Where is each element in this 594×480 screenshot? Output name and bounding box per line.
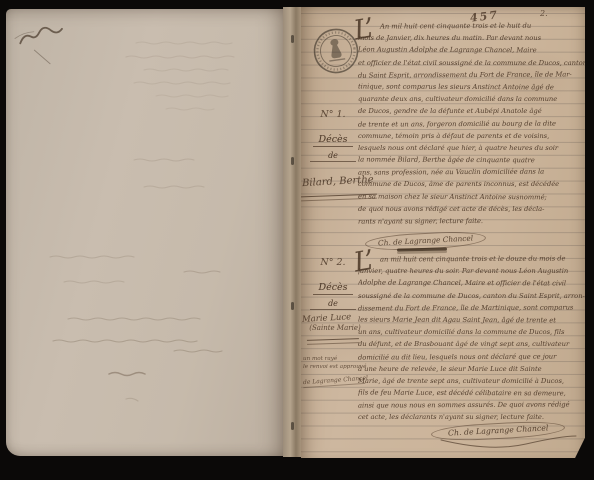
bleedthrough-marks bbox=[6, 9, 283, 456]
record-line: du défunt, et de Brasbouant âgé de vingt… bbox=[358, 338, 585, 350]
record-line: de Ducos, gendre de la défunte et Aubépi… bbox=[358, 105, 585, 117]
record-line: commune de Ducos, âme de parents inconnu… bbox=[358, 178, 585, 190]
entry-separator bbox=[397, 247, 447, 251]
stitch-mark bbox=[291, 157, 294, 165]
record-number: N° 1. bbox=[305, 109, 361, 120]
record-line: commune, témoin pris à défaut de parents… bbox=[358, 130, 585, 142]
record-line: de quoi nous avons rédigé cet acte de dé… bbox=[358, 203, 585, 215]
record-line: de trente et un ans, forgeron domicilié … bbox=[358, 117, 585, 130]
of-label: de bbox=[310, 299, 356, 310]
entry-1-margin: N° 1. Décès de Bilard, Berthe bbox=[305, 109, 361, 162]
page-number: 2. bbox=[540, 9, 548, 18]
record-line: ans, sans profession, née au Vauclin dom… bbox=[358, 166, 585, 179]
record-line: tinique, sont comparus les sieurs Anstin… bbox=[358, 80, 585, 93]
deces-label: Décès bbox=[313, 282, 352, 295]
record-line: lesquels nous ont déclaré que hier, à qu… bbox=[358, 142, 585, 154]
stitch-mark bbox=[291, 35, 294, 43]
entry-2-text: an mil huit cent cinquante trois et le d… bbox=[358, 253, 585, 424]
stitch-mark bbox=[291, 422, 294, 430]
record-line: ainsi que nous nous en sommes assurés. D… bbox=[358, 399, 585, 412]
record-line: an mil huit cent cinquante trois et le d… bbox=[358, 253, 585, 266]
record-line: et officier de l'état civil soussigné de… bbox=[358, 57, 585, 69]
record-line: soussigné de la commune de Ducos, canton… bbox=[358, 290, 585, 302]
officer-signature: Ch. de Lagrange Chancel bbox=[365, 228, 486, 249]
entry-1-text: An mil huit cent cinquante trois et le h… bbox=[358, 20, 585, 227]
marginal-note-signature: de Lagrange Chancel bbox=[303, 375, 365, 388]
binding-gutter bbox=[283, 7, 301, 457]
register-scan: 457 2. N° 1. Décès de Bilard, Berthe L’ … bbox=[0, 0, 594, 480]
record-line: un ans, cultivateur domicilié dans la co… bbox=[358, 326, 585, 338]
marginal-note-line: un mot rayé bbox=[303, 355, 363, 363]
margin-flourish bbox=[307, 338, 359, 345]
of-label: de bbox=[310, 151, 356, 162]
marginal-note: un mot rayéle renvoi est approuvé bbox=[303, 355, 363, 371]
deces-label: Décès bbox=[313, 134, 352, 147]
record-line: Léon Augustin Adolphe de Lagrange Chance… bbox=[358, 44, 585, 57]
record-line: domicilié au dit lieu, lesquels nous ont… bbox=[358, 350, 585, 363]
stitch-mark bbox=[291, 302, 294, 310]
right-page: 457 2. N° 1. Décès de Bilard, Berthe L’ … bbox=[301, 7, 585, 458]
record-line: les sieurs Marie Jean dit Agau Saint Jea… bbox=[358, 313, 585, 326]
entry-2-margin: N° 2. Décès de Marie Luce (Sainte Marie)… bbox=[305, 257, 361, 310]
record-line: du Saint Esprit, arrondissement du Fort … bbox=[358, 68, 585, 81]
record-line: mois de Janvier, dix heures du matin. Pa… bbox=[358, 32, 585, 44]
marginal-note-line: le renvoi est approuvé bbox=[303, 363, 363, 371]
record-line: An mil huit cent cinquante trois et le h… bbox=[358, 20, 585, 33]
left-page bbox=[6, 9, 283, 456]
record-line: dissement du Fort de France, île de Mart… bbox=[358, 301, 585, 314]
record-line: Marie, âgé de trente sept ans, cultivate… bbox=[358, 375, 585, 387]
record-line: en sa maison chez le sieur Anstinct Anto… bbox=[358, 190, 585, 203]
record-line: janvier, quatre heures du soir. Par deva… bbox=[358, 265, 585, 277]
record-line: à une heure de relevée, le sieur Marie L… bbox=[358, 363, 585, 375]
record-line: rants n'ayant su signer, lecture faite. bbox=[358, 214, 585, 227]
signature-flourish bbox=[439, 432, 579, 450]
officer-signature: Ch. de Lagrange Chancel bbox=[431, 418, 565, 439]
record-line: Adolphe de Lagrange Chancel, Maire et of… bbox=[358, 277, 585, 290]
record-line: quarante deux ans, cultivateur domicilié… bbox=[358, 93, 585, 105]
